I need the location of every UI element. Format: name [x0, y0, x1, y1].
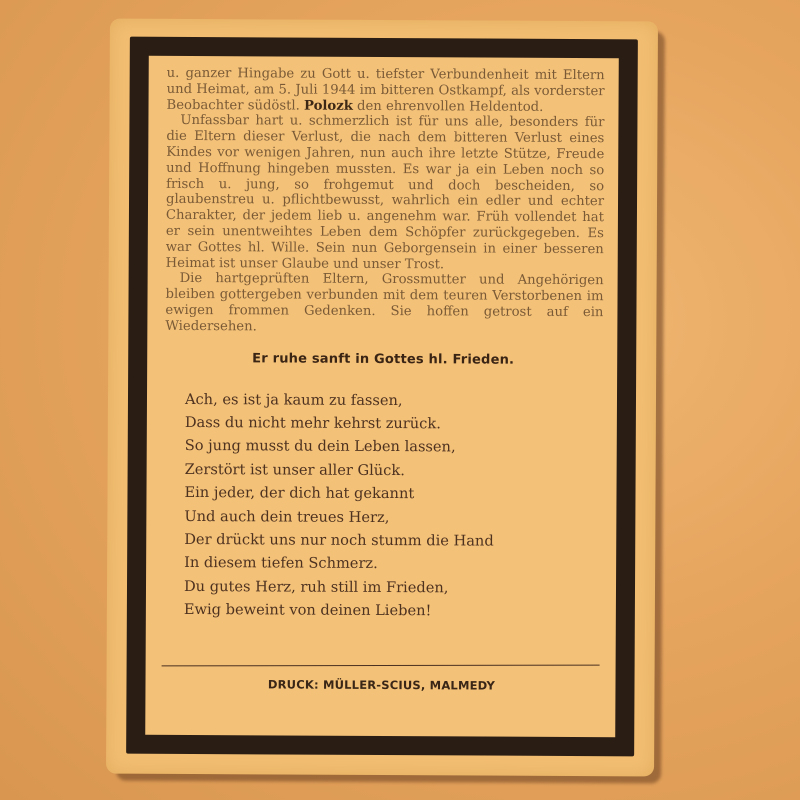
place-name: Polozk	[304, 98, 353, 113]
rest-in-peace-line: Er ruhe sanft in Gottes hl. Frieden.	[159, 350, 607, 367]
poem-line: So jung musst du dein Leben lassen,	[185, 434, 607, 460]
poem-line: Ein jeder, der dich hat gekannt	[184, 481, 606, 507]
poem-line: Der drückt uns nur noch stumm die Hand	[184, 528, 606, 554]
black-mourning-border: u. ganzer Hingabe zu Gott u. tiefster Ve…	[126, 37, 638, 757]
obituary-text: u. ganzer Hingabe zu Gott u. tiefster Ve…	[159, 66, 608, 337]
card-content: u. ganzer Hingabe zu Gott u. tiefster Ve…	[157, 66, 608, 727]
printer-imprint: DRUCK: MÜLLER-SCIUS, MALMEDY	[157, 677, 605, 693]
paragraph-death-notice: u. ganzer Hingabe zu Gott u. tiefster Ve…	[166, 66, 604, 116]
poem-line: Und auch dein treues Herz,	[184, 505, 606, 531]
poem-line: Du gutes Herz, ruh still im Frieden,	[184, 575, 606, 601]
paragraph-family: Die hartgeprüften Eltern, Grossmutter un…	[165, 271, 603, 336]
memorial-poem: Ach, es ist ja kaum zu fassen, Dass du n…	[158, 387, 607, 623]
poem-line: Ach, es ist ja kaum zu fassen,	[185, 388, 607, 414]
divider-rule	[162, 665, 600, 667]
memorial-card: u. ganzer Hingabe zu Gott u. tiefster Ve…	[106, 19, 658, 777]
poem-line: Dass du nicht mehr kehrst zurück.	[185, 411, 607, 437]
poem-line: In diesem tiefen Schmerz.	[184, 551, 606, 577]
poem-line: Ewig beweint von deinen Lieben!	[184, 598, 606, 624]
poem-line: Zerstört ist unser aller Glück.	[185, 458, 607, 484]
paragraph-grief: Unfassbar hart u. schmerzlich ist für un…	[166, 113, 605, 273]
